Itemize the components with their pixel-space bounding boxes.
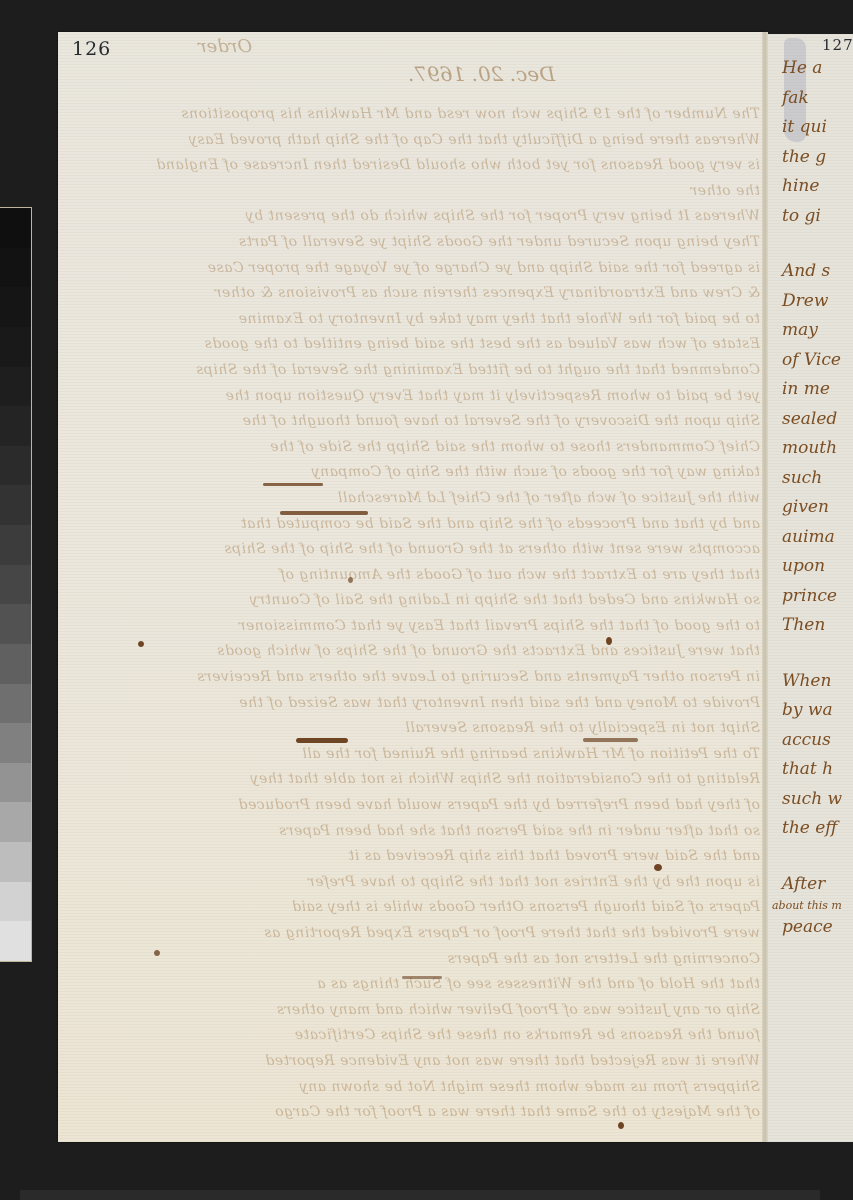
folio-number-right: 127 <box>822 36 853 54</box>
bleed-line: were Provided the that there Proof or Pa… <box>70 921 760 947</box>
ink-strike-mark <box>280 511 368 515</box>
manuscript-line: the g <box>782 143 853 173</box>
grayscale-calibration-bar <box>0 207 32 962</box>
scanner-bed-edge <box>20 1190 820 1200</box>
manuscript-line: hine <box>782 172 853 202</box>
date-heading-bleed: Dec. 20. 1697. <box>408 62 555 86</box>
bleed-line: with the Justice of wch after of the Chi… <box>70 486 760 512</box>
manuscript-line: He a <box>782 54 853 84</box>
gray-step <box>0 367 31 407</box>
bleed-line: Relating to the Consideration the Ships … <box>70 767 760 793</box>
manuscript-line <box>782 641 853 667</box>
bleed-line: Concerning the Letters not as the Papers <box>70 947 760 973</box>
manuscript-line: When <box>782 667 853 697</box>
bleed-line: taking way for the goods of such with th… <box>70 460 760 486</box>
bleed-line: Chief Commanders those to whom the said … <box>70 435 760 461</box>
right-page: 127 He afakit quithe ghineto giAnd sDrew… <box>768 34 853 1142</box>
bleed-line: so that after under in the said Person t… <box>70 819 760 845</box>
gray-step <box>0 842 31 882</box>
gray-step <box>0 882 31 922</box>
manuscript-line: After <box>782 870 853 900</box>
manuscript-line: the eff <box>782 814 853 844</box>
gray-step <box>0 684 31 724</box>
left-page: 126 Order Dec. 20. 1697. The Number of t… <box>58 32 765 1142</box>
manuscript-line: Then <box>782 611 853 641</box>
manuscript-line: may <box>782 316 853 346</box>
manuscript-line: in me <box>782 375 853 405</box>
ink-strike-mark <box>402 976 442 979</box>
manuscript-line: And s <box>782 257 853 287</box>
manuscript-line: peace <box>782 913 853 943</box>
manuscript-line: prince <box>782 582 853 612</box>
bleed-line: Papers of Said though Persons Other Good… <box>70 895 760 921</box>
bleed-line: & Crew and Extraordinary Expences therei… <box>70 281 760 307</box>
top-mark-bleed: Order <box>198 36 252 57</box>
ink-strike-mark <box>263 483 323 486</box>
bleed-line: and by that and Proceeds of the Ship and… <box>70 512 760 538</box>
gray-step <box>0 802 31 842</box>
gray-step <box>0 565 31 605</box>
manuscript-line: fak <box>782 84 853 114</box>
gray-step <box>0 921 31 961</box>
bleed-line: is upon the by the Entries not that the … <box>70 870 760 896</box>
bleed-line: Whereas It being very Proper for the Shi… <box>70 204 760 230</box>
ink-blot <box>606 637 612 645</box>
bleed-line: found the Reasons be Remarks on these th… <box>70 1023 760 1049</box>
ink-blot <box>138 641 144 647</box>
bleed-line: of the Majesty to the Same that there wa… <box>70 1100 760 1126</box>
manuscript-line: mouth <box>782 434 853 464</box>
manuscript-line: sealed <box>782 405 853 435</box>
bleed-line: Provide to Money and the said then Inven… <box>70 691 760 717</box>
bleed-line: Shipt not in Especially to the Reasons S… <box>70 716 760 742</box>
bleed-line: to the good of that the Ships Prevail th… <box>70 614 760 640</box>
manuscript-line: of Vice <box>782 346 853 376</box>
bleed-line: to be paid for the Whole that they may t… <box>70 307 760 333</box>
bleed-through-text: The Number of the 19 Ships wch now resd … <box>70 102 760 1126</box>
gray-step <box>0 485 31 525</box>
bleed-line: is very good Reasons for yet both who sh… <box>70 153 760 179</box>
manuscript-line: by wa <box>782 696 853 726</box>
gray-step <box>0 287 31 327</box>
bleed-line: Condemned that the ought to be fitted Ex… <box>70 358 760 384</box>
gray-step <box>0 327 31 367</box>
bleed-line: so Hawkins and Ceded that the Shipp in L… <box>70 588 760 614</box>
ink-strike-mark <box>583 738 638 742</box>
bleed-line: that were Justices and Extracts the Grou… <box>70 639 760 665</box>
manuscript-line: such <box>782 464 853 494</box>
right-page-text: He afakit quithe ghineto giAnd sDrewmayo… <box>782 54 853 943</box>
bleed-line: Shippers from us made whom these might N… <box>70 1075 760 1101</box>
ink-blot <box>618 1122 624 1129</box>
manuscript-line: given <box>782 493 853 523</box>
bleed-line: is agreed for the said Shipp and ye Char… <box>70 256 760 282</box>
manuscript-line: about this m <box>772 899 853 913</box>
gray-step <box>0 446 31 486</box>
manuscript-line: upon <box>782 552 853 582</box>
gray-step <box>0 248 31 288</box>
bleed-line: yet be paid to whom Respectively it may … <box>70 384 760 410</box>
gray-step <box>0 406 31 446</box>
bleed-line: Ship or any Justice was of Proof Deliver… <box>70 998 760 1024</box>
manuscript-line: such w <box>782 785 853 815</box>
manuscript-line: that h <box>782 755 853 785</box>
gray-step <box>0 723 31 763</box>
gray-step <box>0 644 31 684</box>
manuscript-line: it qui <box>782 113 853 143</box>
bleed-line: that they are to Extract the wch out of … <box>70 563 760 589</box>
bleed-line: Ship upon the Discovery of the Several t… <box>70 409 760 435</box>
manuscript-line: Drew <box>782 287 853 317</box>
bleed-line: They being upon Secured under the Goods … <box>70 230 760 256</box>
bleed-line: Estate of wch was Valued as the best the… <box>70 332 760 358</box>
ink-blot <box>654 864 662 871</box>
manuscript-line: to gi <box>782 202 853 232</box>
manuscript-line: accus <box>782 726 853 756</box>
gray-step <box>0 763 31 803</box>
bleed-line: the other <box>70 179 760 205</box>
gray-step <box>0 525 31 565</box>
bleed-line: To the Petition of Mr Hawkins bearing th… <box>70 742 760 768</box>
bleed-line: in Person other Payments and Securing to… <box>70 665 760 691</box>
gray-step <box>0 604 31 644</box>
ink-strike-mark <box>296 738 348 743</box>
ink-blot <box>348 577 353 583</box>
manuscript-line <box>782 844 853 870</box>
bleed-line: The Number of the 19 Ships wch now resd … <box>70 102 760 128</box>
bleed-line: Where it was Rejected that there was not… <box>70 1049 760 1075</box>
manuscript-line <box>782 231 853 257</box>
ink-blot <box>154 950 160 956</box>
bleed-line: of they had been Preferred by the Papers… <box>70 793 760 819</box>
gray-step <box>0 208 31 248</box>
bleed-line: Whereas there being a Difficulty that th… <box>70 128 760 154</box>
folio-number-left: 126 <box>72 38 111 60</box>
manuscript-line: auima <box>782 523 853 553</box>
bleed-line: accompts were sent with others at the Gr… <box>70 537 760 563</box>
